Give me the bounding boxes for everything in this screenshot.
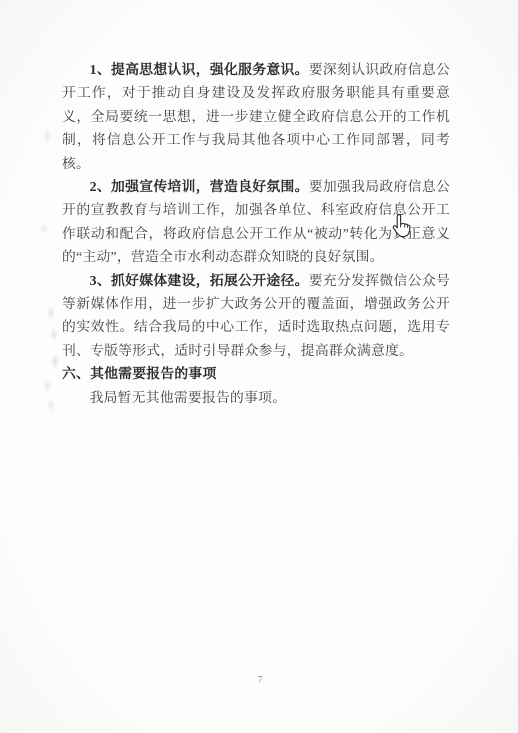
scan-smudge [39, 224, 49, 233]
scan-smudge [43, 128, 51, 144]
paragraph-2-heading: 2、加强宣传培训，营造良好氛围。 [90, 179, 309, 194]
scan-smudge [51, 354, 59, 369]
page-number: 7 [249, 675, 271, 686]
scan-smudge [47, 306, 55, 320]
closing-paragraph: 我局暂无其他需要报告的事项。 [62, 386, 450, 409]
paragraph-2: 2、加强宣传培训，营造良好氛围。要加强我局政府信息公开的宣教教育与培训工作，加强… [62, 175, 450, 269]
paragraph-3: 3、抓好媒体建设，拓展公开途径。要充分发挥微信公众号等新媒体作用，进一步扩大政务… [62, 269, 450, 363]
paragraph-1: 1、提高思想认识，强化服务意识。要深刻认识政府信息公开工作，对于推动自身建设及发… [62, 58, 450, 175]
paragraph-1-text: 要深刻认识政府信息公开工作，对于推动自身建设及发挥政府服务职能具有重要意义，全局… [62, 62, 450, 171]
document-body: 1、提高思想认识，强化服务意识。要深刻认识政府信息公开工作，对于推动自身建设及发… [62, 58, 450, 409]
scan-smudge [47, 398, 55, 412]
document-page: 1、提高思想认识，强化服务意识。要深刻认识政府信息公开工作，对于推动自身建设及发… [0, 0, 518, 733]
scan-smudge [50, 328, 58, 341]
paragraph-3-heading: 3、抓好媒体建设，拓展公开途径。 [90, 273, 309, 288]
paragraph-1-heading: 1、提高思想认识，强化服务意识。 [90, 62, 309, 77]
scan-smudge [43, 380, 52, 392]
section-heading: 六、其他需要报告的事项 [62, 362, 450, 385]
